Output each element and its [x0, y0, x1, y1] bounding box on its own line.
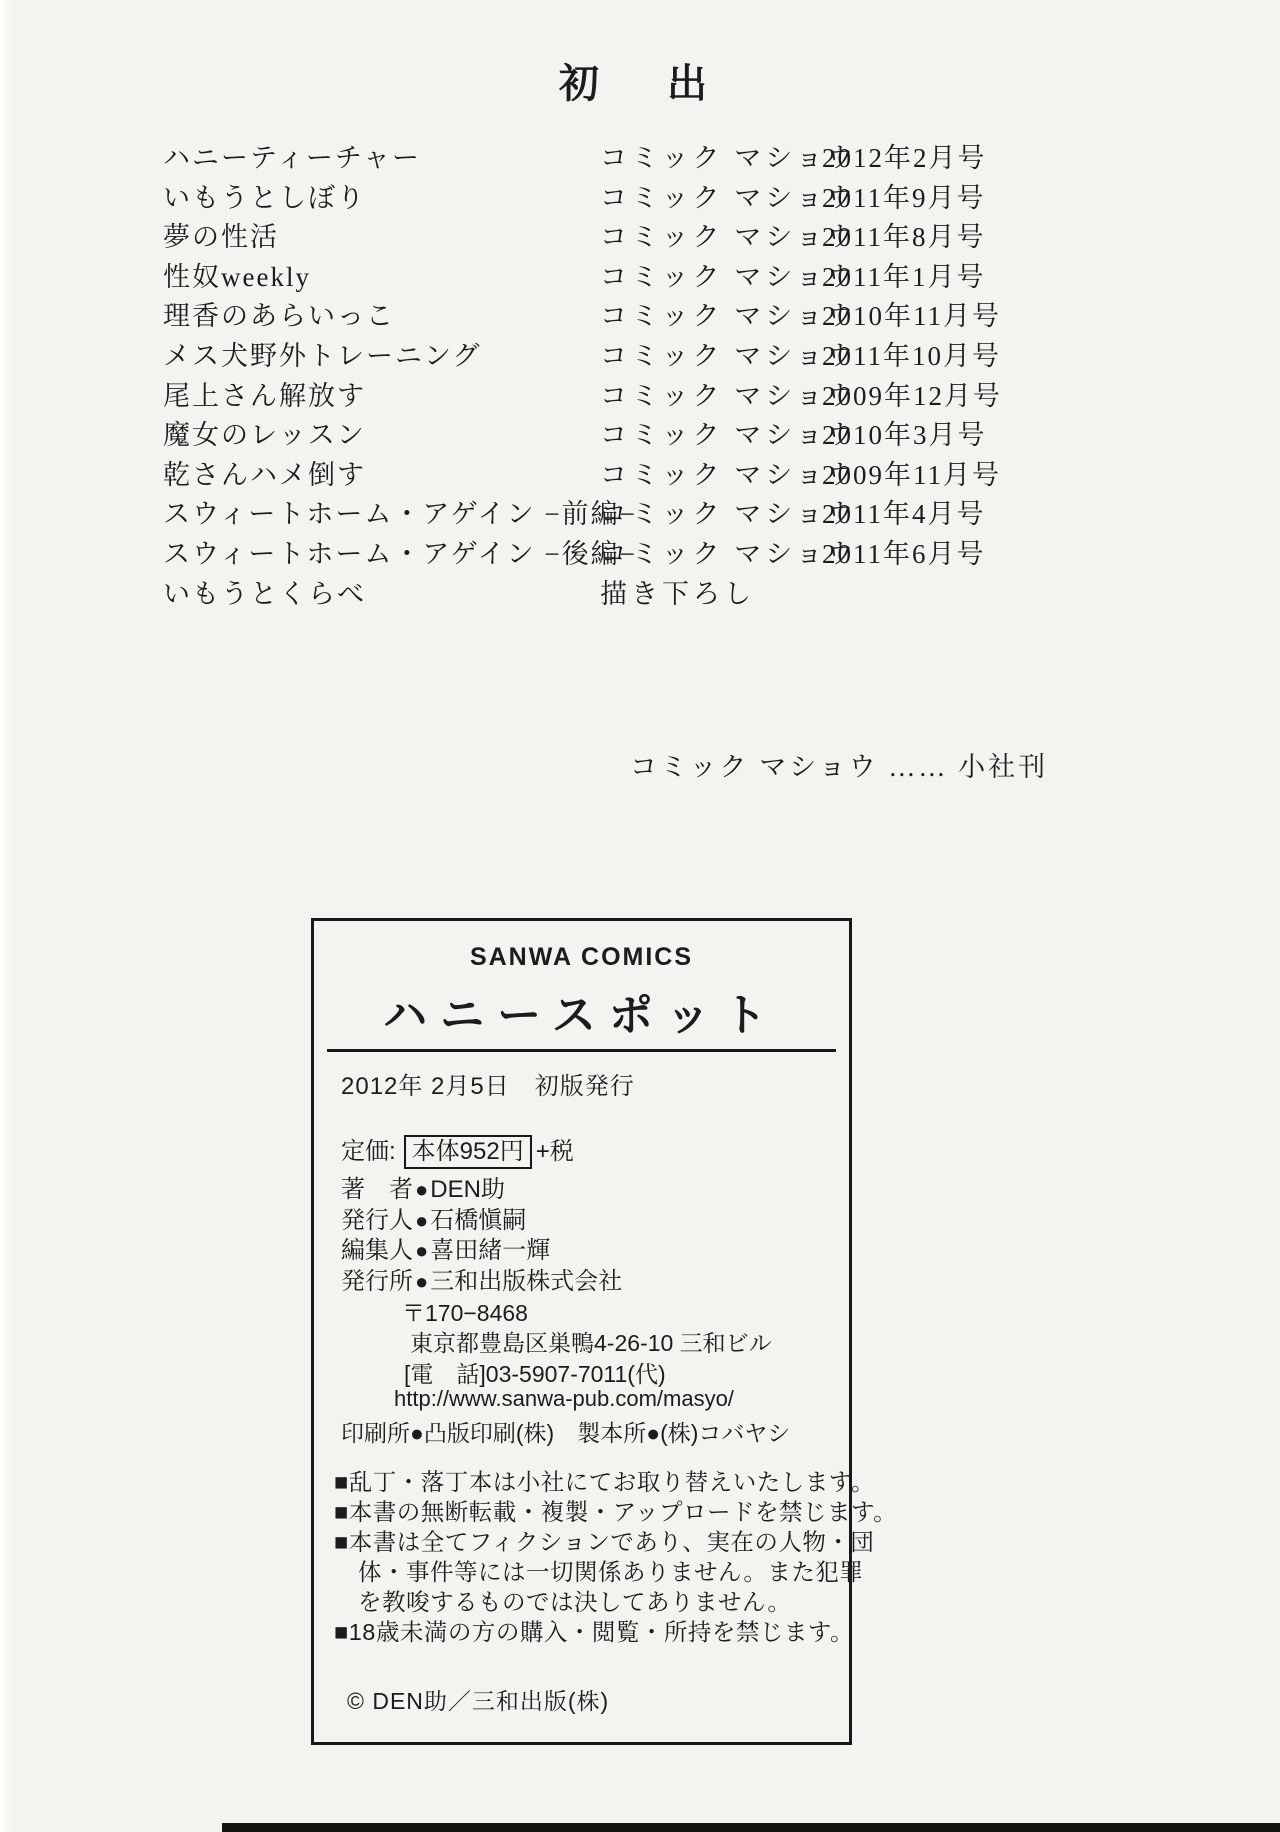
magazine-name: コミック マショウ: [600, 337, 822, 377]
issue-date: 2010年11月号: [822, 297, 1163, 337]
work-title: 尾上さん解放す: [163, 377, 600, 417]
publication-row: スウィートホーム・アゲイン −後編− コミック マショウ 2011年6月号: [163, 535, 1163, 575]
issue-date: 2011年10月号: [822, 337, 1163, 377]
publisher-phone: [電 話]03-5907-7011(代): [404, 1356, 666, 1389]
bullet-icon: ●: [415, 1177, 428, 1202]
issue-date: 2011年8月号: [822, 218, 1163, 258]
price-line: 定価:本体952円+税: [341, 1131, 574, 1169]
work-title: いもうとしぼり: [163, 179, 600, 219]
work-title: メス犬野外トレーニング: [163, 337, 600, 377]
credit-role: 著 者: [341, 1176, 413, 1203]
issue-date: 2009年12月号: [822, 377, 1163, 417]
notice-line: を教唆するものでは決してありません。: [334, 1587, 897, 1617]
magazine-name: コミック マショウ: [600, 297, 822, 337]
magazine-name: コミック マショウ: [600, 179, 822, 219]
work-title: スウィートホーム・アゲイン −後編−: [163, 535, 600, 575]
issue-date: 2009年11月号: [822, 456, 1163, 496]
magazine-name: コミック マショウ: [600, 456, 822, 496]
credit-publishing-house: 発行所●三和出版株式会社: [341, 1261, 622, 1296]
publisher-address: 東京都豊島区巣鴨4-26-10 三和ビル: [410, 1325, 772, 1358]
magazine-name: コミック マショウ: [600, 377, 822, 417]
magazine-name: コミック マショウ: [600, 495, 822, 535]
book-title: ハニースポット: [314, 979, 849, 1043]
work-title: スウィートホーム・アゲイン −前編−: [163, 495, 600, 535]
scan-left-edge-artifact: [0, 0, 14, 1832]
credit-name: 三和出版株式会社: [430, 1268, 622, 1295]
price-label: 定価:: [341, 1138, 396, 1165]
price-tax-suffix: +税: [536, 1138, 574, 1165]
bullet-icon: ●: [415, 1269, 428, 1294]
credit-name: 喜田緒一輝: [430, 1237, 550, 1264]
publisher-url: http://www.sanwa-pub.com/masyo/: [394, 1386, 734, 1412]
book-page: 初 出 ハニーティーチャー コミック マショウ 2012年2月号 いもうとしぼり…: [0, 0, 1280, 1832]
work-title: ハニーティーチャー: [163, 139, 600, 179]
work-title: 乾さんハメ倒す: [163, 456, 600, 496]
postal-code: 〒170−8468: [402, 1295, 528, 1328]
issue-date: 2011年4月号: [822, 495, 1163, 535]
magazine-name: コミック マショウ: [600, 416, 822, 456]
work-title: いもうとくらべ: [163, 575, 600, 615]
publication-row: 夢の性活 コミック マショウ 2011年8月号: [163, 218, 1163, 258]
scan-bottom-edge-artifact: [222, 1823, 1280, 1832]
copyright-line: © DEN助／三和出版(株): [347, 1683, 609, 1716]
publication-row: 魔女のレッスン コミック マショウ 2010年3月号: [163, 416, 1163, 456]
issue-date: 2012年2月号: [822, 139, 1163, 179]
credit-author: 著 者●DEN助: [341, 1169, 505, 1204]
publication-row: 理香のあらいっこ コミック マショウ 2010年11月号: [163, 297, 1163, 337]
magazine-name: コミック マショウ: [600, 535, 822, 575]
notice-line: ■18歳未満の方の購入・閲覧・所持を禁じます。: [334, 1617, 897, 1647]
source-note: コミック マショウ …… 小社刊: [630, 745, 1048, 784]
page-title: 初 出: [0, 52, 1280, 109]
issue-date: 2011年1月号: [822, 258, 1163, 298]
notice-line: ■本書は全てフィクションであり、実在の人物・団: [334, 1527, 897, 1557]
publication-row: メス犬野外トレーニング コミック マショウ 2011年10月号: [163, 337, 1163, 377]
magazine-name: 描き下ろし: [600, 575, 822, 615]
magazine-name: コミック マショウ: [600, 258, 822, 298]
publication-list: ハニーティーチャー コミック マショウ 2012年2月号 いもうとしぼり コミッ…: [163, 139, 1163, 614]
issue-date: 2011年9月号: [822, 179, 1163, 219]
bullet-icon: ●: [415, 1238, 428, 1263]
printer-binder-line: 印刷所●凸版印刷(株) 製本所●(株)コバヤシ: [341, 1415, 790, 1448]
credit-role: 発行所: [341, 1268, 413, 1295]
work-title: 魔女のレッスン: [163, 416, 600, 456]
edition-date: 2012年 2月5日 初版発行: [341, 1066, 635, 1101]
price-value: 本体952円: [404, 1135, 532, 1169]
credit-name: DEN助: [430, 1176, 505, 1203]
publication-row: ハニーティーチャー コミック マショウ 2012年2月号: [163, 139, 1163, 179]
divider-rule: [327, 1049, 836, 1052]
colophon-box: SANWA COMICS ハニースポット 2012年 2月5日 初版発行 定価:…: [311, 918, 852, 1745]
magazine-name: コミック マショウ: [600, 139, 822, 179]
publication-row: スウィートホーム・アゲイン −前編− コミック マショウ 2011年4月号: [163, 495, 1163, 535]
legal-notices: ■乱丁・落丁本は小社にてお取り替えいたします。 ■本書の無断転載・複製・アップロ…: [334, 1467, 897, 1647]
publication-row: いもうとしぼり コミック マショウ 2011年9月号: [163, 179, 1163, 219]
publication-row: 性奴weekly コミック マショウ 2011年1月号: [163, 258, 1163, 298]
publication-row: 尾上さん解放す コミック マショウ 2009年12月号: [163, 377, 1163, 417]
work-title: 理香のあらいっこ: [163, 297, 600, 337]
magazine-name: コミック マショウ: [600, 218, 822, 258]
credit-role: 編集人: [341, 1237, 413, 1264]
work-title: 性奴weekly: [163, 258, 600, 298]
publication-row: 乾さんハメ倒す コミック マショウ 2009年11月号: [163, 456, 1163, 496]
notice-line: ■本書の無断転載・複製・アップロードを禁じます。: [334, 1497, 897, 1527]
work-title: 夢の性活: [163, 218, 600, 258]
publication-row: いもうとくらべ 描き下ろし: [163, 575, 1163, 615]
notice-line: 体・事件等には一切関係ありません。また犯罪: [334, 1557, 897, 1587]
credit-editor: 編集人●喜田緒一輝: [341, 1230, 550, 1265]
issue-date: 2011年6月号: [822, 535, 1163, 575]
notice-line: ■乱丁・落丁本は小社にてお取り替えいたします。: [334, 1467, 897, 1497]
imprint-label: SANWA COMICS: [314, 943, 849, 972]
issue-date: 2010年3月号: [822, 416, 1163, 456]
